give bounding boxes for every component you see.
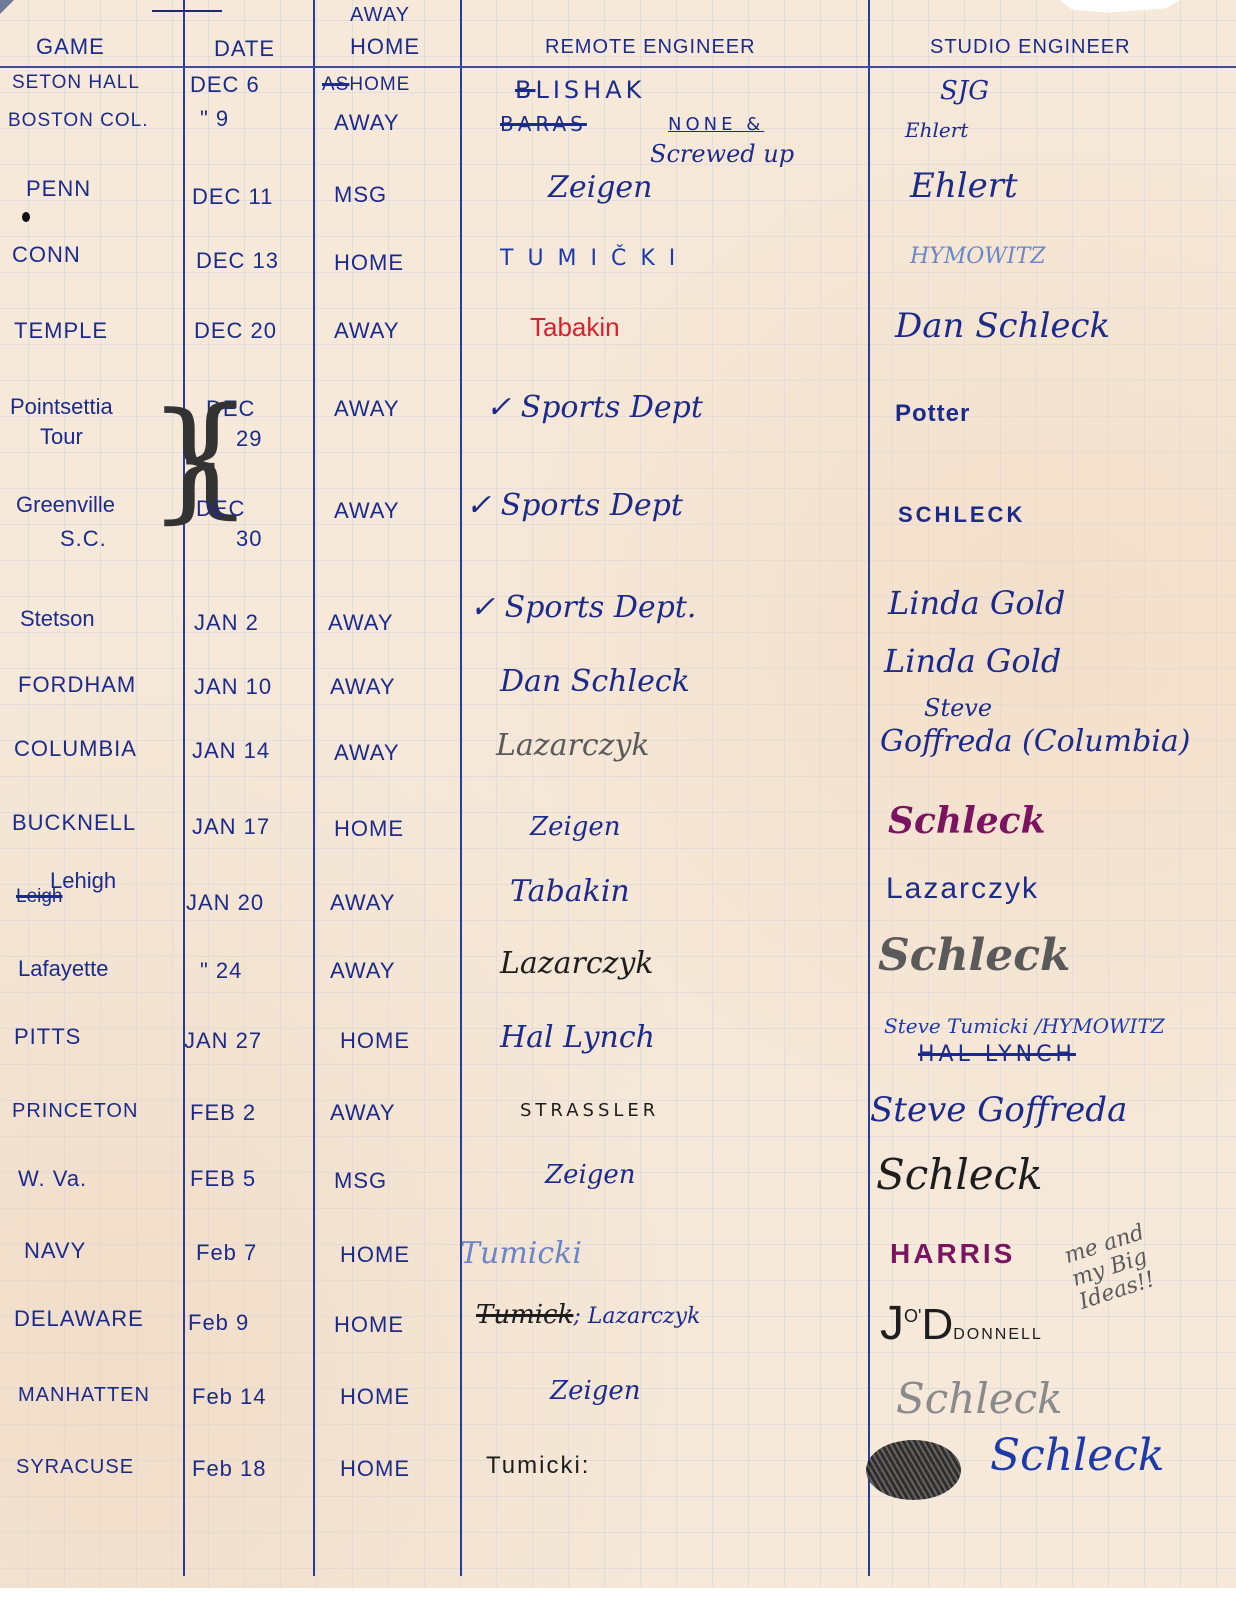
date-cell: FEB 5 [190,1166,256,1192]
column-divider-studio [868,0,870,1576]
remote-engineer-cell: Tumicki [460,1236,582,1271]
game-cell: PRINCETON [12,1100,138,1123]
game-cell: NAVY [24,1238,86,1264]
game-cell: Greenville [16,492,115,518]
studio-engineer-cell: Schleck [888,800,1046,842]
location-cell: HOME [340,1242,410,1268]
location-cell: HOME [334,816,404,842]
game-cell-line2: S.C. [60,526,107,552]
date-cell: JAN 14 [192,738,270,764]
remote-engineer-cell: Hal Lynch [500,1020,655,1055]
location-cell: MSG [334,182,387,208]
remote-note: Screwed up [650,140,794,168]
date-cell: Feb 9 [188,1310,249,1336]
studio-engineer-cell: Goffreda (Columbia) [880,724,1190,759]
remote-note: NONE & [668,114,764,135]
studio-engineer-cell: Schleck [876,1150,1043,1199]
margin-note: me and my Big Ideas!! [1062,1209,1199,1315]
column-divider-location [313,0,315,1576]
game-cell: COLUMBIA [14,736,137,762]
date-cell: DEC 13 [196,248,279,274]
date-cell: " 9 [200,106,229,132]
remote-engineer-cell: STRASSLER [520,1100,659,1121]
remote-engineer-cell: TUMIČKI [500,246,689,271]
schedule-sheet: GAME DATE AWAY HOME REMOTE ENGINEER STUD… [0,0,1236,1588]
location-cell: AWAY [334,396,400,422]
ink-dot [22,212,30,222]
date-cell: JAN 27 [184,1028,262,1054]
header-divider [0,66,1236,68]
remote-engineer-struck: BARAS [500,112,587,136]
game-cell: CONN [12,242,81,268]
date-cell: DEC 20 [194,318,277,344]
location-cell: AWAY [328,610,394,636]
studio-engineer-cell: Ehlert [905,118,968,142]
game-cell: MANHATTEN [18,1384,150,1407]
remote-engineer-cell: Zeigen [548,170,652,205]
game-cell: DELAWARE [14,1306,144,1332]
date-cell: DEC [196,496,245,522]
remote-engineer-cell: ✓ Sports Dept [486,390,703,425]
date-cell: JAN 20 [186,890,264,916]
remote-engineer-cell: Tabakin [530,312,620,343]
studio-engineer-cell: Schleck [990,1430,1165,1481]
studio-engineer-cell: Schleck [878,930,1071,981]
remote-engineer-cell: ✓ Sports Dept [466,488,683,523]
location-cell: MSG [334,1168,387,1194]
location-cell: HOME [334,1312,404,1338]
studio-engineer-cell: Linda Gold [884,642,1061,680]
studio-engineer-cell: Schleck [896,1374,1063,1423]
date-cell: Feb 7 [196,1240,257,1266]
header-studio-engineer: STUDIO ENGINEER [930,36,1131,59]
location-cell: HOME [334,250,404,276]
date-cell: DEC 11 [192,184,273,210]
game-cell: Lafayette [18,956,109,982]
date-cell: Feb 18 [192,1456,267,1482]
game-cell-struck: Leigh [16,886,63,908]
folded-corner [0,0,14,14]
location-cell: AWAY [330,958,396,984]
pen-stroke [152,10,222,12]
studio-engineer-cell: Potter [895,400,970,428]
location-cell: AWAY [330,674,396,700]
game-cell: PENN [26,176,91,202]
remote-engineer-cell: ✓ Sports Dept. [470,590,696,625]
studio-engineer-signature: JO'DDONNELL [880,1296,1043,1351]
studio-engineer-struck: HAL LYNCH [918,1042,1076,1067]
header-remote-engineer: REMOTE ENGINEER [545,36,756,59]
location-cell: HOME [340,1456,410,1482]
location-cell: HOME [340,1384,410,1410]
location-cell: HOME [340,1028,410,1054]
location-cell: AWAY [334,110,400,136]
game-cell: BUCKNELL [12,810,136,836]
studio-engineer-cell: Linda Gold [888,584,1065,622]
column-divider-date [183,0,185,1576]
remote-engineer-cell: BLISHAK [515,76,645,104]
date-cell: JAN 10 [194,674,272,700]
studio-engineer-cell: SJG [940,76,989,106]
studio-engineer-annotation: Steve [924,694,992,722]
location-cell: ASHOME [322,74,410,96]
remote-engineer-cell: Lazarczyk [496,728,650,763]
studio-engineer-annotation: Steve Tumicki /HYMOWITZ [884,1014,1165,1038]
header-home: HOME [350,34,420,60]
game-cell-line2: Tour [40,424,83,450]
location-cell: AWAY [334,740,400,766]
date-cell: " 24 [200,958,242,984]
studio-engineer-cell: HYMOWITZ [910,244,1046,269]
header-game: GAME [36,34,105,60]
remote-engineer-cell: Dan Schleck [500,664,690,699]
location-cell: AWAY [334,318,400,344]
column-divider-remote [460,0,462,1576]
remote-engineer-cell: Lazarczyk [500,946,654,981]
game-cell: PITTS [14,1024,81,1050]
location-cell: AWAY [330,890,396,916]
game-cell: TEMPLE [14,318,108,344]
location-cell: AWAY [334,498,400,524]
date-cell: JAN 2 [194,610,259,636]
studio-engineer-cell: Dan Schleck [895,306,1110,346]
date-cell-line2: 30 [236,526,262,552]
studio-engineer-cell: Ehlert [910,166,1018,206]
remote-engineer-cell: Zeigen [530,812,621,842]
remote-engineer-cell: Tumicki: [486,1452,590,1480]
studio-engineer-cell: HARRIS [890,1238,1015,1270]
studio-engineer-cell: SCHLECK [898,502,1025,528]
date-cell: JAN 17 [192,814,270,840]
game-cell: FORDHAM [18,672,136,698]
date-cell: DEC 6 [190,72,260,98]
remote-engineer-cell: Zeigen [545,1160,636,1190]
studio-engineer-cell: Steve Goffreda [870,1090,1127,1130]
remote-engineer-cell: Tabakin [510,874,630,909]
date-cell: FEB 2 [190,1100,256,1126]
game-cell: W. Va. [18,1166,87,1192]
header-away: AWAY [350,4,410,27]
game-cell: Pointsettia [10,394,113,420]
header-date: DATE [214,36,275,62]
location-cell: AWAY [330,1100,396,1126]
game-cell: BOSTON COL. [8,110,149,132]
remote-engineer-cell: Zeigen [550,1376,641,1406]
date-cell: Feb 14 [192,1384,267,1410]
game-cell: Stetson [20,606,95,632]
remote-engineer-cell: Tumick; Lazarczyk [476,1300,700,1330]
game-cell: SYRACUSE [16,1456,134,1479]
game-cell: SETON HALL [12,72,140,94]
torn-edge [1060,0,1180,14]
scribbled-out-mark [866,1440,961,1500]
studio-engineer-cell: Lazarczyk [886,872,1039,906]
